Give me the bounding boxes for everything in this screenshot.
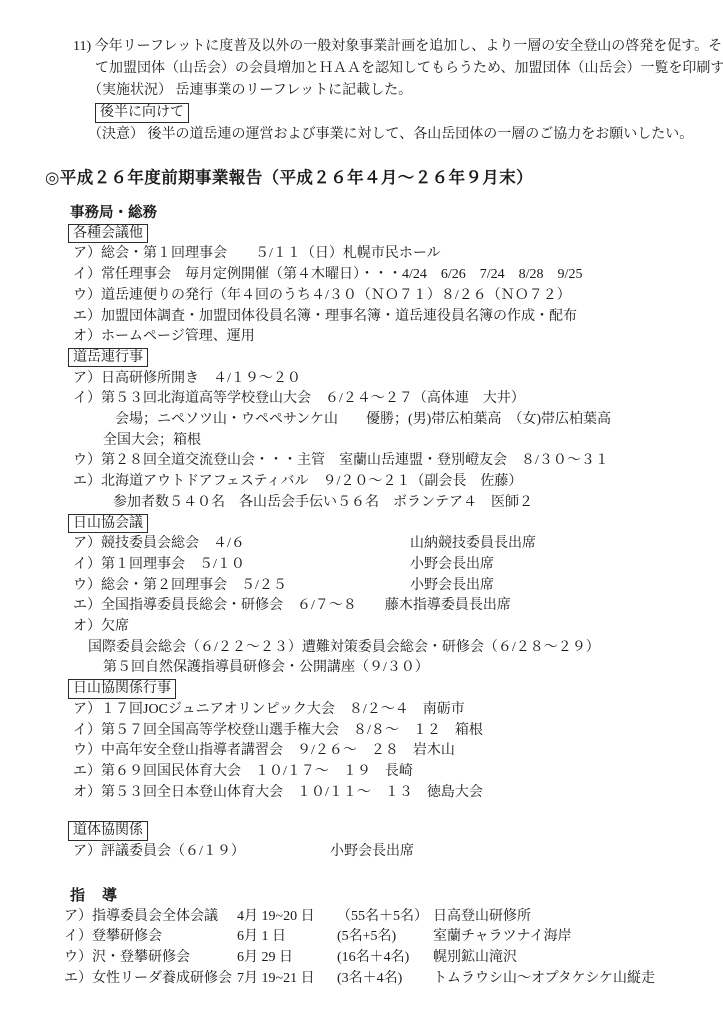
dogakuren-event-item: イ）第５３回北海道高等学校登山大会 ６/２４～２７（高体連 大井）: [0, 389, 723, 410]
shido-count: (16名＋4名): [337, 948, 433, 969]
nissankyo-event-item: ア）１７回JOCジュニアオリンピック大会 ８/２～４ 南砺市: [0, 700, 723, 721]
bureau-heading: 事務局・総務: [0, 203, 723, 224]
item-11-line-2: て加盟団体（山岳会）の会員増加とＨＡＡを認知してもらうため、加盟団体（山岳会）一…: [0, 58, 723, 80]
shido-row: ウ）沢・登攀研修会6月 29 日(16名＋4名)幌別鉱山滝沢: [0, 948, 723, 969]
meeting-attendee: 山納競技委員長出席: [410, 534, 536, 555]
nissankyo-event-item: イ）第５７回全国高等学校登山選手権大会 ８/８～ １２ 箱根: [0, 721, 723, 742]
shido-date: 6月 29 日: [237, 948, 337, 969]
nissankyo-meeting-row: ウ）総会・第２回理事会 ５/２５小野会長出席: [0, 576, 723, 597]
meeting-attendee: 小野会長出席: [410, 555, 494, 576]
nissankyo-meetings-box-label: 日山協会議: [68, 514, 148, 534]
shido-row: イ）登攀研修会6月 1 日(5名+5名)室蘭チャラツナイ海岸: [0, 927, 723, 948]
nissankyo-absent-line: 国際委員会総会（６/２２～２３）遭難対策委員会総会・研修会（６/２８～２９）: [0, 638, 723, 659]
meeting-label: イ）第１回理事会 ５/１０: [73, 557, 245, 572]
dotaikyo-row: ア）評議委員会（６/１９）小野会長出席: [0, 842, 723, 863]
implementation-status-line: （実施状況） 岳連事業のリーフレットに記載した。: [0, 80, 723, 102]
nissankyo-event-item: ウ）中高年安全登山指導者講習会 ９/２６～ ２８ 岩木山: [0, 741, 723, 762]
nissankyo-events-box-line: 日山協関係行事: [0, 679, 723, 700]
boxed-heading-line: 後半に向けて: [0, 102, 723, 124]
shido-name: エ）女性リーダ養成研修会: [64, 969, 237, 990]
item-11-block: 11) 今年リーフレットに度普及以外の一般対象事業計画を追加し、より一層の安全登…: [0, 36, 723, 146]
shido-date: 6月 1 日: [237, 927, 337, 948]
meetings-box-line: 各種会議他: [0, 224, 723, 245]
nissankyo-meeting-row: ア）競技委員会総会 ４/６山納競技委員長出席: [0, 534, 723, 555]
meeting-attendee: 小野会長出席: [410, 576, 494, 597]
shido-count: （55名＋5名）: [337, 907, 433, 928]
dogakuren-event-subline: 参加者数５４０名 各山岳会手伝い５６名 ボランテア４ 医師２: [0, 493, 723, 514]
document-page: 11) 今年リーフレットに度普及以外の一般対象事業計画を追加し、より一層の安全登…: [0, 0, 723, 1024]
dogakuren-events-box-label: 道岳連行事: [68, 348, 148, 368]
nissankyo-absent-heading: オ）欠席: [0, 617, 723, 638]
nissankyo-meeting-row: エ）全国指導委員長総会・研修会 ６/７～８ 藤木指導委員長出席: [0, 596, 723, 617]
meetings-item: ウ）道岳連便りの発行（年４回のうち４/３０（ＮＯ７１）８/２６（ＮＯ７２）: [0, 286, 723, 307]
nissankyo-event-item: オ）第５３回全日本登山体育大会 １０/１１～ １３ 徳島大会: [0, 783, 723, 804]
shido-place: 室蘭チャラツナイ海岸: [433, 927, 572, 948]
shido-date: 7月 19~21 日: [237, 969, 337, 990]
report-body: 事務局・総務 各種会議他 ア）総会・第１回理事会 ５/１１（日）札幌市民ホール …: [0, 203, 723, 989]
shido-row: エ）女性リーダ養成研修会7月 19~21 日(3名＋4名)トムラウシ山～オプタケ…: [0, 969, 723, 990]
shido-place: トムラウシ山～オプタケシケ山縦走: [433, 969, 655, 990]
meetings-item: オ）ホームページ管理、運用: [0, 327, 723, 348]
meetings-item: エ）加盟団体調査・加盟団体役員名簿・理事名簿・道岳連役員名簿の作成・配布: [0, 307, 723, 328]
meeting-attendee: 小野会長出席: [330, 842, 414, 863]
nissankyo-meeting-row: イ）第１回理事会 ５/１０小野会長出席: [0, 555, 723, 576]
nissankyo-events-box-label: 日山協関係行事: [68, 679, 176, 699]
shido-name: ウ）沢・登攀研修会: [64, 948, 237, 969]
dogakuren-event-item: エ）北海道アウトドアフェスティバル ９/２０～２１（副会長 佐藤）: [0, 472, 723, 493]
nissankyo-absent-line: 第５回自然保護指導員研修会・公開講座（９/３０）: [0, 658, 723, 679]
second-half-boxed-heading: 後半に向けて: [95, 103, 189, 123]
shido-place: 日高登山研修所: [433, 907, 531, 928]
dotaikyo-box-label: 道体協関係: [68, 821, 148, 841]
nissankyo-event-item: エ）第６９回国民体育大会 １０/１７～ １９ 長崎: [0, 762, 723, 783]
item-11-line-1: 11) 今年リーフレットに度普及以外の一般対象事業計画を追加し、より一層の安全登…: [0, 36, 723, 58]
resolution-line: （決意） 後半の道岳連の運営および事業に対して、各山岳団体の一層のご協力をお願い…: [0, 124, 723, 146]
report-title: ◎平成２６年度前期事業報告（平成２６年４月～２６年９月末）: [45, 164, 533, 188]
dogakuren-event-subline: 会場；ニペソツ山・ウペペサンケ山 優勝；(男)帯広柏葉高 （女)帯広柏葉高: [0, 410, 723, 431]
shido-place: 幌別鉱山滝沢: [433, 948, 517, 969]
meetings-box-label: 各種会議他: [68, 224, 148, 244]
shido-row: ア）指導委員会全体会議4月 19~20 日（55名＋5名）日高登山研修所: [0, 907, 723, 928]
shido-date: 4月 19~20 日: [237, 907, 337, 928]
shido-count: (3名＋4名): [337, 969, 433, 990]
shido-count: (5名+5名): [337, 927, 433, 948]
meeting-label: ウ）総会・第２回理事会 ５/２５: [73, 578, 287, 593]
meeting-label: ア）評議委員会（６/１９）: [73, 844, 245, 859]
dogakuren-event-subline: 全国大会；箱根: [0, 431, 723, 452]
dotaikyo-box-line: 道体協関係: [0, 821, 723, 842]
dogakuren-event-item: ア）日高研修所開き ４/１９～２０: [0, 369, 723, 390]
shido-heading: 指 導: [0, 886, 723, 907]
shido-name: イ）登攀研修会: [64, 927, 237, 948]
dogakuren-event-item: ウ）第２８回全道交流登山会・・・主管 室蘭山岳連盟・登別嶝友会 ８/３０～３１: [0, 451, 723, 472]
meetings-item: ア）総会・第１回理事会 ５/１１（日）札幌市民ホール: [0, 244, 723, 265]
dogakuren-events-box-line: 道岳連行事: [0, 348, 723, 369]
meeting-label: ア）競技委員会総会 ４/６: [73, 536, 245, 551]
nissankyo-meetings-box-line: 日山協会議: [0, 514, 723, 535]
shido-name: ア）指導委員会全体会議: [64, 907, 237, 928]
meetings-item: イ）常任理事会 毎月定例開催（第４木曜日）・・・4/24 6/26 7/24 8…: [0, 265, 723, 286]
